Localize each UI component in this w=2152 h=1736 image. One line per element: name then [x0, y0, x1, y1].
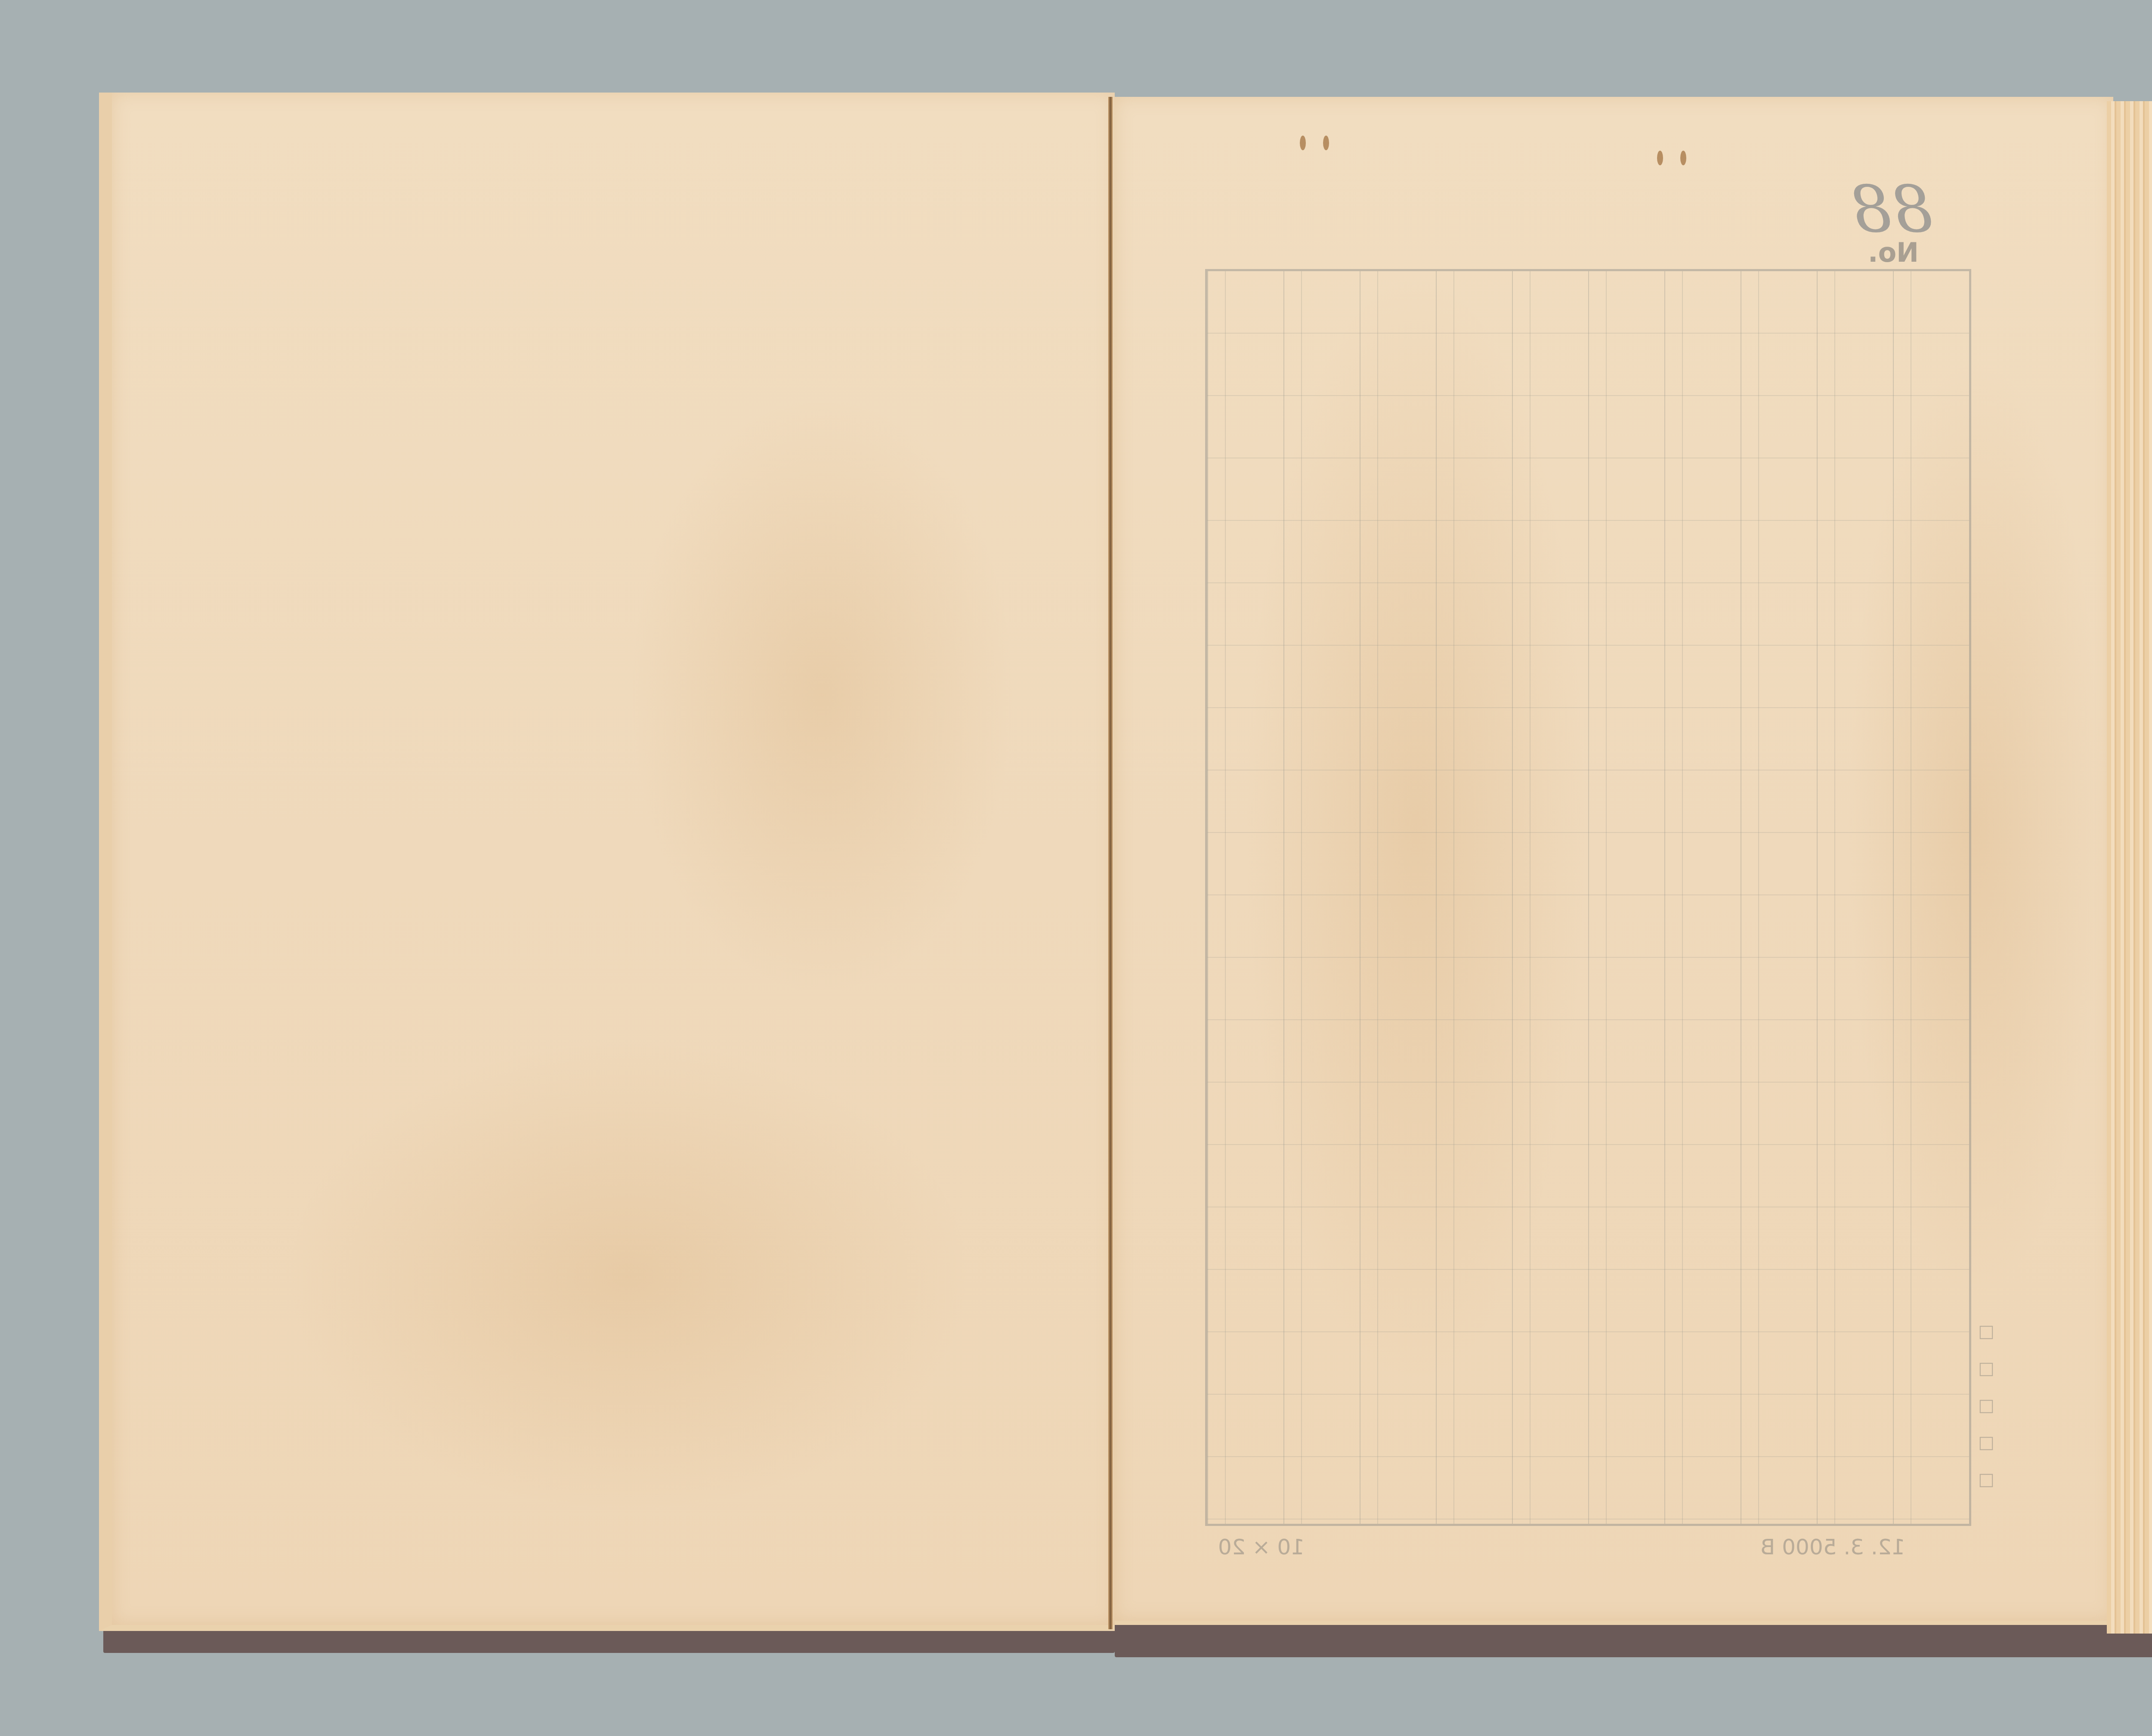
page-edge-stack: [2107, 101, 2152, 1634]
hole-icon: [1657, 151, 1663, 165]
hole-icon: [1680, 151, 1686, 165]
grid-column: [1360, 271, 1436, 1524]
grid-column: [1436, 271, 1512, 1524]
grid-spec-footer: 10 × 20: [1218, 1535, 1305, 1560]
side-char: □: [1976, 1321, 1997, 1341]
manuscript-grid: [1205, 269, 1971, 1526]
hole-icon: [1323, 136, 1329, 150]
side-char: □: [1976, 1470, 1997, 1489]
side-char: □: [1976, 1358, 1997, 1378]
water-stain: [284, 1040, 973, 1513]
binding-holes-right: [1657, 151, 1686, 165]
grid-column: [1207, 271, 1283, 1524]
water-stain: [628, 394, 1016, 996]
print-code-footer: 12. 3. 5000 B: [1760, 1535, 1905, 1560]
grid-column: [1283, 271, 1360, 1524]
grid-column: [1512, 271, 1588, 1524]
grid-column: [1893, 271, 1969, 1524]
vertical-side-text: □ □ □ □ □: [1976, 1321, 1997, 1489]
side-char: □: [1976, 1396, 1997, 1415]
book-gutter: [1108, 97, 1113, 1629]
handwritten-page-number: 88: [1851, 172, 1933, 247]
book-cover-shadow-left: [103, 1627, 1115, 1653]
book-cover-shadow-right: [1115, 1623, 2152, 1657]
binding-holes-left: [1300, 136, 1329, 150]
grid-column: [1664, 271, 1741, 1524]
left-page: [99, 93, 1115, 1631]
side-char: □: [1976, 1433, 1997, 1452]
hole-icon: [1300, 136, 1306, 150]
grid-column: [1588, 271, 1664, 1524]
number-label: No.: [1868, 237, 1919, 268]
grid-column: [1741, 271, 1817, 1524]
grid-column: [1817, 271, 1893, 1524]
